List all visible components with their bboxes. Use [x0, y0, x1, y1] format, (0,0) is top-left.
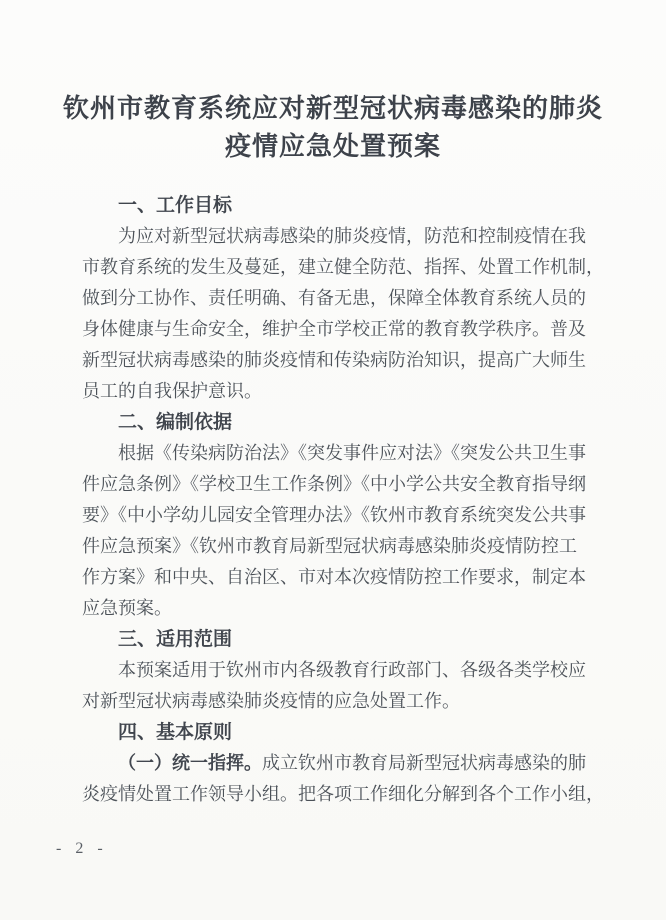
section-paragraph-basic-principles: （一）统一指挥。成立钦州市教育局新型冠状病毒感染的肺 炎疫情处置工作领导小组。把…	[82, 748, 622, 810]
document-body: 一、工作目标 为应对新型冠状病毒感染的肺炎疫情，防范和控制疫情在我 市教育系统的…	[82, 190, 622, 810]
section-heading-basic-principles: 四、基本原则	[82, 717, 622, 748]
document-title: 钦州市教育系统应对新型冠状病毒感染的肺炎 疫情应急处置预案	[40, 90, 626, 166]
section-paragraph-work-goals: 为应对新型冠状病毒感染的肺炎疫情，防范和控制疫情在我 市教育系统的发生及蔓延，建…	[82, 221, 622, 407]
section-heading-compilation-basis: 二、编制依据	[82, 407, 622, 438]
section-heading-work-goals: 一、工作目标	[82, 190, 622, 221]
page-number: - 2 -	[56, 840, 108, 858]
section-paragraph-scope: 本预案适用于钦州市内各级教育行政部门、各级各类学校应 对新型冠状病毒感染肺炎疫情…	[82, 655, 622, 717]
section-heading-scope: 三、适用范围	[82, 624, 622, 655]
section-paragraph-compilation-basis: 根据《传染病防治法》《突发事件应对法》《突发公共卫生事 件应急条例》《学校卫生工…	[82, 438, 622, 624]
paragraph-lead-in-unified-command: （一）统一指挥。	[118, 753, 262, 773]
scanned-document-page: 钦州市教育系统应对新型冠状病毒感染的肺炎 疫情应急处置预案 一、工作目标 为应对…	[0, 0, 666, 920]
